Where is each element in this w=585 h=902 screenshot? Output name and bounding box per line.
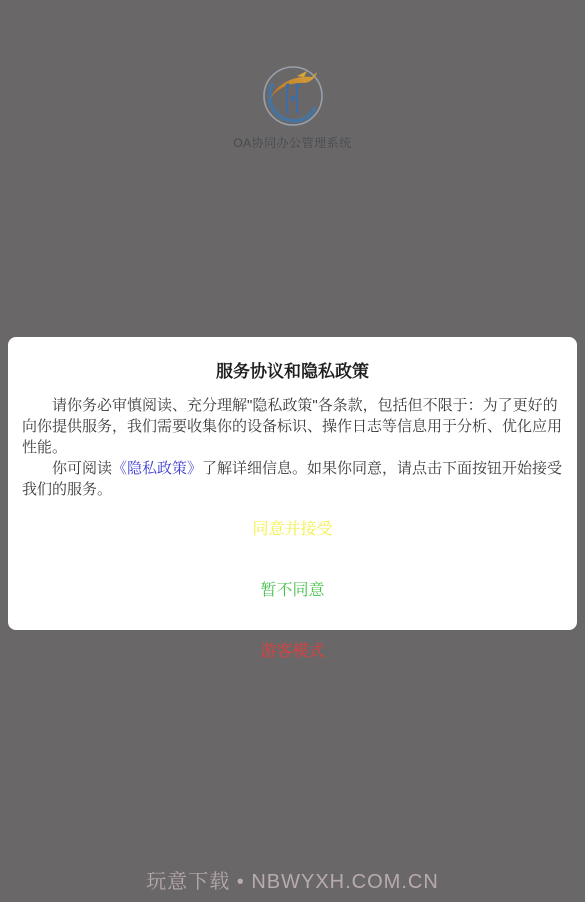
site-watermark-text: 玩意下载 • NBWYXH.COM.CN — [146, 865, 439, 894]
app-logo-caption: OA协同办公管理系统 — [0, 134, 585, 151]
paragraph2-prefix: 你可阅读 — [52, 460, 112, 477]
dialog-title: 服务协议和隐私政策 — [22, 357, 563, 382]
dialog-body: 请你务必审慎阅读、充分理解"隐私政策"各条款，包括但不限于：为了更好的向你提供服… — [22, 395, 563, 500]
privacy-policy-link[interactable]: 《隐私政策》 — [112, 460, 202, 477]
privacy-policy-dialog: 服务协议和隐私政策 请你务必审慎阅读、充分理解"隐私政策"各条款，包括但不限于：… — [8, 337, 577, 630]
agree-accept-button[interactable]: 同意并接受 — [22, 516, 563, 539]
disagree-button[interactable]: 暂不同意 — [22, 577, 563, 600]
oa-app-logo-icon — [261, 64, 325, 128]
site-watermark-bar: 玩意下载 • NBWYXH.COM.CN — [0, 856, 585, 902]
dimmed-app-background: OA协同办公管理系统 服务协议和隐私政策 请你务必审慎阅读、充分理解"隐私政策"… — [0, 0, 585, 902]
policy-paragraph-2: 你可阅读《隐私政策》了解详细信息。如果你同意，请点击下面按钮开始接受我们的服务。 — [22, 458, 563, 500]
policy-paragraph-1: 请你务必审慎阅读、充分理解"隐私政策"各条款，包括但不限于：为了更好的向你提供服… — [22, 395, 563, 458]
app-logo-block: OA协同办公管理系统 — [0, 64, 585, 151]
guest-mode-button[interactable]: 游客模式 — [22, 638, 563, 661]
